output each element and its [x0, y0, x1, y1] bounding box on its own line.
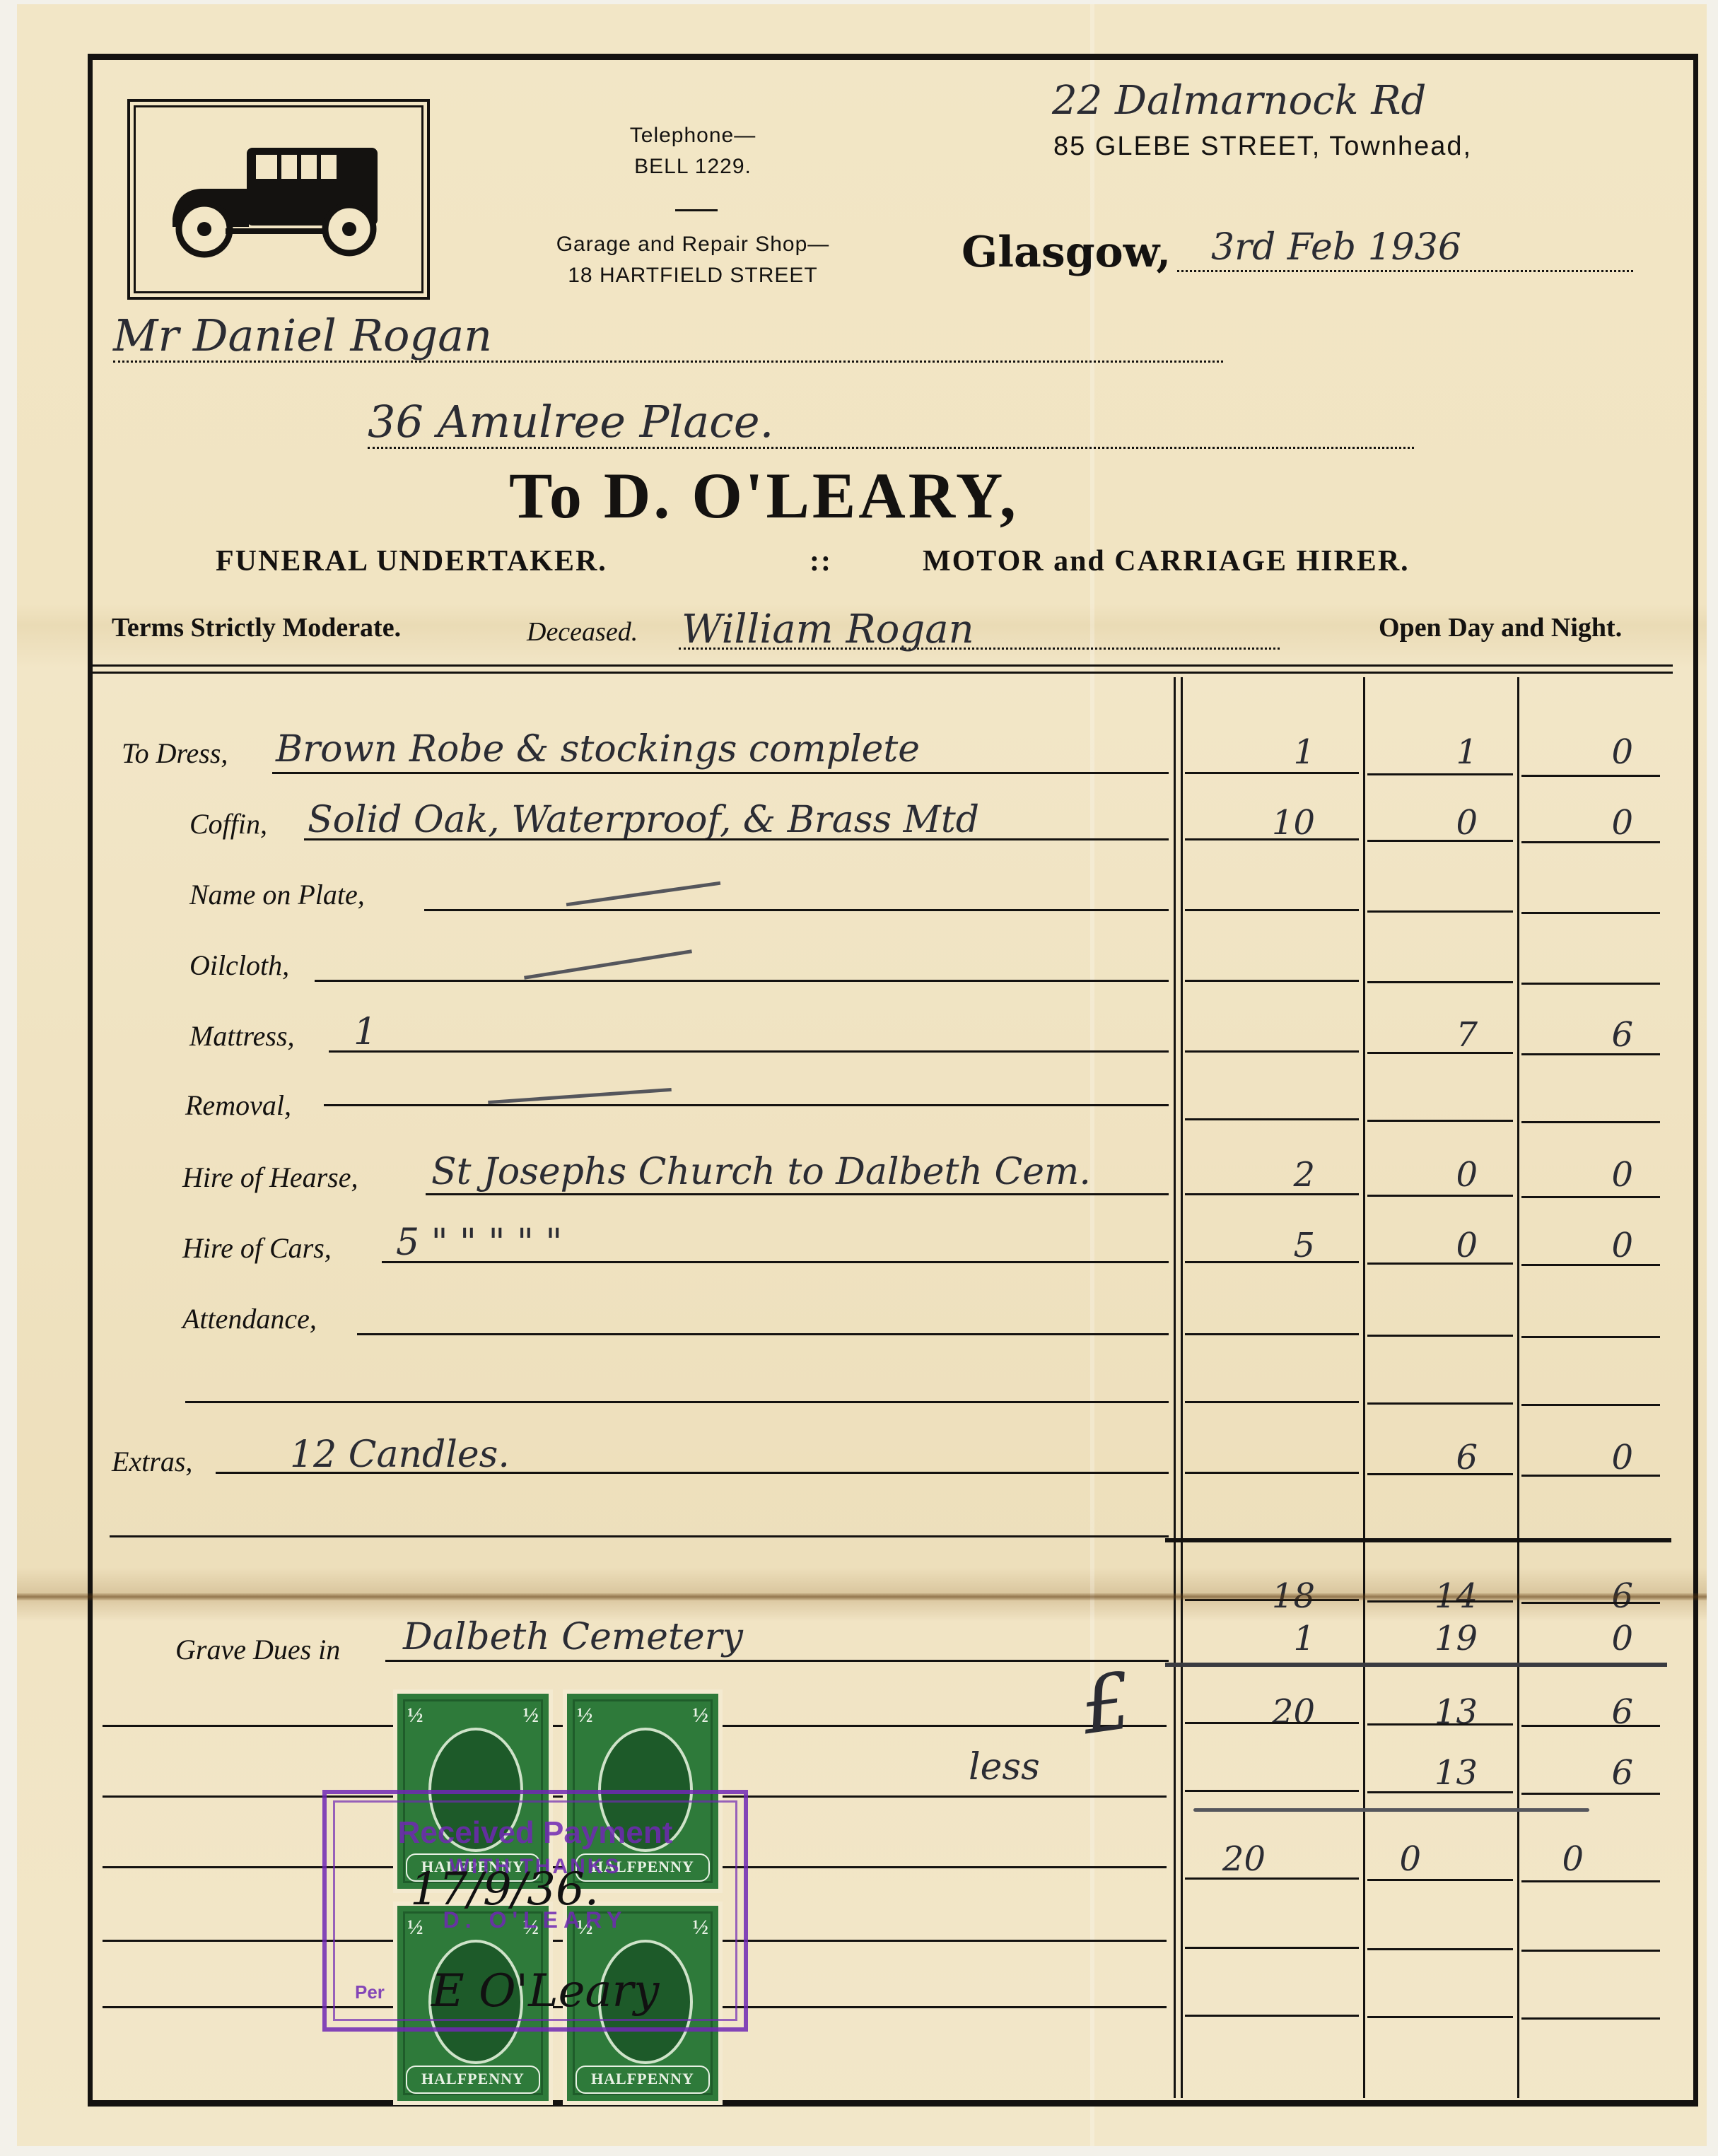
business-title: To D. O'LEARY,	[509, 458, 1019, 533]
terms-text: Terms Strictly Moderate.	[112, 612, 401, 643]
item-label: Attendance,	[182, 1302, 317, 1335]
invoice-date: 3rd Feb 1936	[1211, 226, 1461, 269]
total-shillings: 13	[1372, 1692, 1478, 1732]
deceased-label: Deceased.	[527, 616, 638, 648]
item-label: Mattress,	[189, 1019, 295, 1053]
item-entry: 12 Candles.	[290, 1434, 510, 1476]
item-shillings: 6	[1372, 1438, 1478, 1477]
item-entry: St Josephs Church to Dalbeth Cem.	[431, 1151, 1091, 1193]
header-divider	[675, 209, 718, 211]
grave-dues-pence: 0	[1527, 1619, 1633, 1658]
item-label: Oilcloth,	[189, 949, 289, 982]
garage-address: 18 HARTFIELD STREET	[523, 260, 863, 291]
column-divider-shillings-pence	[1517, 677, 1519, 2098]
stamp-per: Per	[355, 1981, 385, 2003]
total-underline	[1193, 1808, 1589, 1812]
item-entry: Solid Oak, Waterproof, & Brass Mtd	[308, 799, 979, 841]
item-pence: 0	[1527, 1155, 1633, 1195]
item-shillings: 0	[1372, 803, 1478, 843]
item-entry: Brown Robe & stockings complete	[276, 728, 920, 771]
occupation-separator: ::	[810, 544, 832, 578]
telephone-number: BELL 1229.	[544, 151, 841, 182]
grave-dues-label: Grave Dues in	[175, 1633, 340, 1666]
printed-address: 85 GLEBE STREET, Townhead,	[1053, 131, 1472, 162]
city: Glasgow,	[962, 228, 1171, 277]
item-label: Removal,	[185, 1089, 291, 1122]
grave-dues-pounds: 1	[1188, 1619, 1315, 1658]
table-top-rule	[92, 664, 1673, 667]
item-pounds: 1	[1188, 732, 1315, 772]
item-shillings: 0	[1372, 1155, 1478, 1195]
garage-block: Garage and Repair Shop— 18 HARTFIELD STR…	[523, 229, 863, 291]
vintage-car-icon	[158, 141, 399, 261]
receipt-signature: E O'Leary	[431, 1965, 659, 2017]
item-pence: 0	[1527, 732, 1633, 772]
telephone-label: Telephone—	[544, 120, 841, 151]
item-pounds: 10	[1188, 803, 1315, 843]
handwritten-address: 22 Dalmarnock Rd	[1052, 78, 1426, 124]
occupation-motor: MOTOR and CARRIAGE HIRER.	[923, 544, 1410, 578]
item-pounds: 5	[1188, 1226, 1315, 1265]
final-pence: 0	[1527, 1839, 1584, 1879]
grave-dues-entry: Dalbeth Cemetery	[403, 1616, 743, 1658]
item-label: Extras,	[112, 1445, 192, 1478]
item-label: Coffin,	[189, 807, 267, 840]
column-divider	[1181, 677, 1183, 2098]
less-label: less	[969, 1746, 1040, 1788]
fold-crease-horizontal	[17, 1593, 1707, 1600]
customer-address-line: 36 Amulree Place.	[368, 402, 1414, 449]
discount-shillings: 13	[1372, 1753, 1478, 1793]
discount-pence: 6	[1527, 1753, 1633, 1793]
item-entry: 5 " " " " "	[396, 1221, 562, 1264]
item-label: To Dress,	[122, 737, 228, 770]
item-shillings: 0	[1372, 1226, 1478, 1265]
item-pence: 0	[1527, 1438, 1633, 1477]
customer-name: Mr Daniel Rogan	[113, 310, 492, 361]
item-shillings: 7	[1372, 1015, 1478, 1055]
item-entry: 1	[353, 1011, 377, 1053]
stamp-received-payment: Received Payment	[327, 1815, 744, 1851]
item-pence: 6	[1527, 1015, 1633, 1055]
item-label: Name on Plate,	[189, 878, 365, 911]
item-shillings: 1	[1372, 732, 1478, 772]
item-label: Hire of Cars,	[182, 1231, 332, 1265]
customer-address: 36 Amulree Place.	[368, 396, 773, 447]
garage-label: Garage and Repair Shop—	[523, 229, 863, 260]
column-divider-pounds-shillings	[1363, 677, 1365, 2098]
final-pounds: 20	[1188, 1839, 1266, 1879]
deceased-line: William Rogan	[679, 614, 1280, 650]
total-pounds: 20	[1188, 1692, 1315, 1732]
car-logo	[127, 99, 430, 300]
column-divider	[1174, 677, 1176, 2098]
table-top-rule-2	[92, 672, 1673, 674]
date-line: 3rd Feb 1936	[1177, 230, 1633, 272]
telephone-block: Telephone— BELL 1229.	[544, 120, 841, 182]
occupation-funeral: FUNERAL UNDERTAKER.	[216, 544, 607, 578]
grave-dues-shillings: 19	[1372, 1619, 1478, 1658]
item-pence: 0	[1527, 803, 1633, 843]
deceased-name: William Rogan	[682, 607, 974, 652]
final-shillings: 0	[1372, 1839, 1421, 1879]
item-pounds: 2	[1188, 1155, 1315, 1195]
receipt-date: 17/9/36.	[410, 1863, 599, 1916]
item-label: Hire of Hearse,	[182, 1161, 358, 1194]
hours-text: Open Day and Night.	[1379, 612, 1622, 643]
item-pence: 0	[1527, 1226, 1633, 1265]
customer-name-line: Mr Daniel Rogan	[113, 315, 1223, 363]
